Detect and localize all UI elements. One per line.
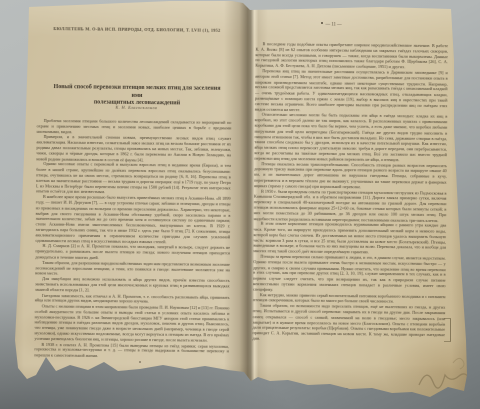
right-page-body: В последние годы подобные опыты приобрет…: [252, 42, 448, 377]
page-number: — 11 —: [300, 22, 368, 28]
left-page-body: Проблема заселения птицами большого коли…: [34, 119, 231, 363]
paragraph: Примером, и в значительной степени новым…: [36, 135, 231, 164]
paragraph: Птенцы оказались весьма транспортабельны…: [254, 162, 447, 191]
paragraph: Относительно несложно могли бы быть поды…: [254, 113, 447, 164]
paragraph: Н. Д. Смирнов [2] и А. Н. Промптов показ…: [35, 244, 230, 262]
paragraph: В последние годы подобные опыты приобрет…: [255, 42, 448, 71]
paper-fleck: [139, 361, 141, 363]
paragraph: Для инкубации яиц возможно использовать …: [35, 277, 230, 295]
journal-spread: БЮЛЛЕТЕНЬ М. О-ВА ИСП. ПРИРОДЫ, ОТД. БИО…: [0, 0, 480, 409]
paragraph: Опыты с мелкими птицами в этом направлен…: [34, 304, 229, 344]
document-photo: БЮЛЛЕТЕНЬ М. О-ВА ИСП. ПРИРОДЫ, ОТД. БИО…: [0, 0, 480, 409]
paragraph: В 1950 г. были проведены опыты по трансп…: [254, 190, 447, 225]
printed-ink-layer: БЮЛЛЕТЕНЬ М. О-ВА ИСП. ПРИРОДЫ, ОТД. БИО…: [0, 0, 480, 409]
paragraph: В 1938 г. в опытах А. Н. Промптова [15] …: [34, 343, 229, 361]
article-author: К. Н. Благосклонов: [49, 105, 224, 111]
paragraph: Перевозка яиц птиц на значительные расст…: [255, 69, 448, 115]
paragraph: В этом опыте кормление птенцов производи…: [253, 222, 446, 257]
ink-speck: [321, 22, 323, 24]
paragraph: Однако массовые опыты с перевозкой и вып…: [36, 163, 231, 198]
pencil-bracket: [444, 318, 451, 342]
paragraph: В наиболее яркое время роскошью было вып…: [35, 195, 230, 246]
paragraph: Таким образом, по возможности надо перес…: [252, 304, 445, 344]
paragraph: Птенцы за время перевозки сильно привыка…: [253, 255, 446, 295]
journal-header: БЮЛЛЕТЕНЬ М. О-ВА ИСП. ПРИРОДЫ, ОТД. БИО…: [40, 27, 235, 33]
